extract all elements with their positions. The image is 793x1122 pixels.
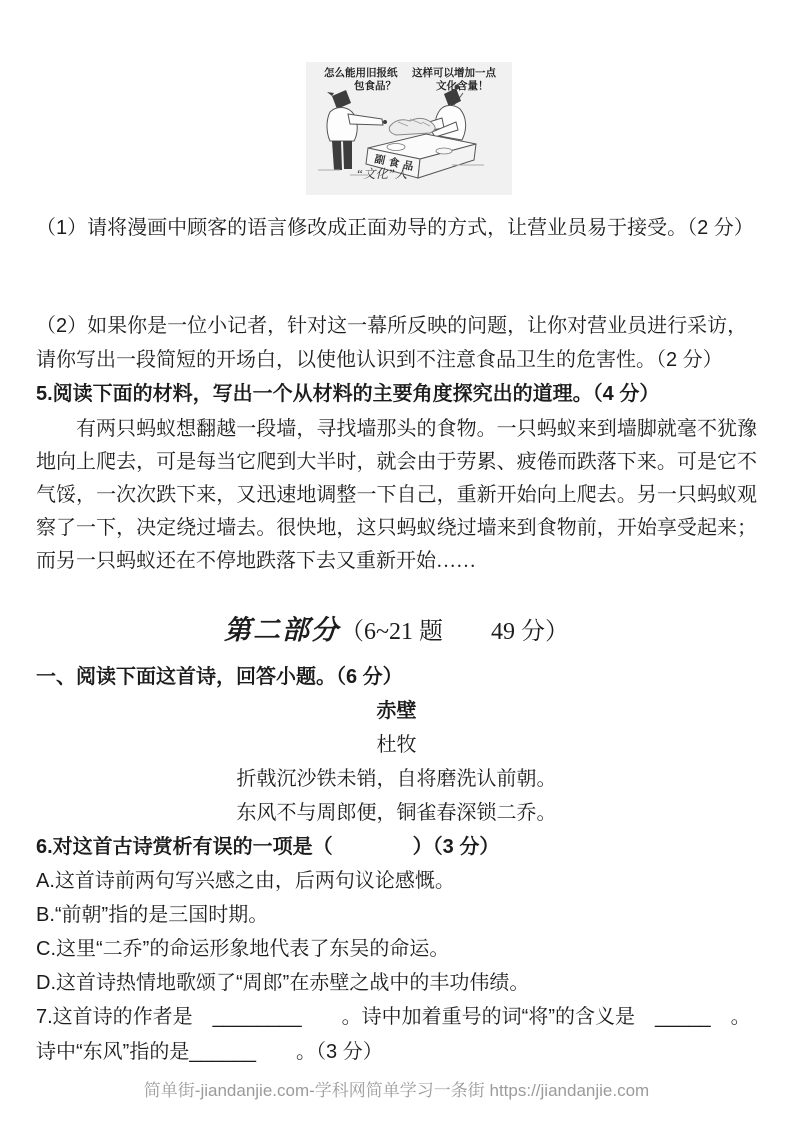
question-6-stem: 6.对这首古诗赏析有误的一项是（ ）（3 分） [36,830,757,864]
comic-right-speech-line1: 这样可以增加一点 [412,66,496,79]
poem-author: 杜牧 [36,728,757,762]
comic-illustration: 怎么能用旧报纸 包食品？ 这样可以增加一点 文化含量！ [306,62,512,195]
question-6-option-a: A.这首诗前两句写兴感之由，后两句议论感慨。 [36,864,757,898]
comic-left-speech-line1: 怎么能用旧报纸 [324,66,398,79]
question-6-option-b: B.“前朝”指的是三国时期。 [36,898,757,932]
question-4-2: （2）如果你是一位小记者，针对这一幕所反映的问题，让你对营业员进行采访，请你写出… [36,309,757,377]
question-5-material: 有两只蚂蚁想翻越一段墙，寻找墙那头的食物。一只蚂蚁来到墙脚就毫不犹豫地向上爬去，… [36,413,757,578]
question-7-stem: 7.这首诗的作者是 ________ 。诗中加着重号的词“将”的含义是 ____… [36,1000,757,1070]
section-2-intro: 一、阅读下面这首诗，回答小题。（6 分） [36,660,757,694]
poem-line-1: 折戟沉沙铁未销，自将磨洗认前朝。 [36,762,757,796]
poem-block: 赤壁 杜牧 折戟沉沙铁未销，自将磨洗认前朝。 东风不与周郎便，铜雀春深锁二乔。 [36,694,757,830]
section-2-range: （6~21 题 49 分） [340,619,569,645]
question-5-stem: 5.阅读下面的材料，写出一个从材料的主要角度探究出的道理。（4 分） [36,377,757,411]
comic-caption: “文化”人 [356,167,408,181]
section-2-header: 第二部分（6~21 题 49 分） [36,612,757,650]
comic-right-speech-line2: 文化含量！ [436,79,489,92]
question-4-1: （1）请将漫画中顾客的语言修改成正面劝导的方式，让营业员易于接受。（2 分） [36,211,757,245]
poem-title: 赤壁 [36,694,757,728]
poem-line-2: 东风不与周郎便，铜雀春深锁二乔。 [36,796,757,830]
section-2-title: 第二部分 [224,615,340,645]
question-6-option-d: D.这首诗热情地歌颂了“周郎”在赤壁之战中的丰功伟绩。 [36,966,757,1000]
exam-page: 怎么能用旧报纸 包食品？ 这样可以增加一点 文化含量！ [0,0,793,1122]
question-6-option-c: C.这里“二乔”的命运形象地代表了东吴的命运。 [36,932,757,966]
comic-left-speech-line2: 包食品？ [354,79,396,92]
comic-food-pile [389,118,435,135]
comic-drawing: 怎么能用旧报纸 包食品？ 这样可以增加一点 文化含量！ [306,62,512,195]
page-footer-watermark: 简单街-jiandanjie.com-学科网简单学习一条街 https://ji… [36,1080,757,1102]
